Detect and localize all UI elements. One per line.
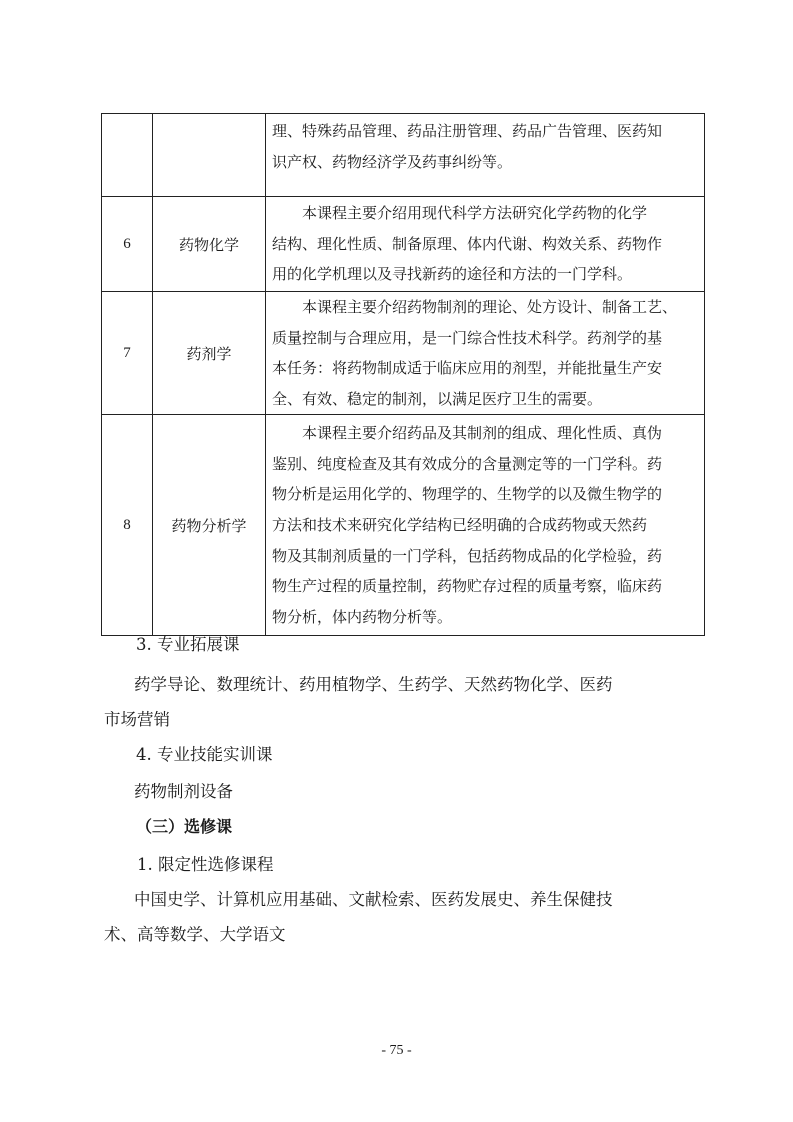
desc-line: 结构、理化性质、制备原理、体内代谢、构效关系、药物作 bbox=[272, 235, 662, 253]
course-description: 本课程主要介绍药物制剂的理论、处方设计、制备工艺、质量控制与合理应用，是一门综合… bbox=[266, 292, 705, 415]
section-heading-limited-electives: 1. 限定性选修课程 bbox=[137, 855, 274, 875]
course-description: 理、特殊药品管理、药品注册管理、药品广告管理、医药知识产权、药物经济学及药事纠纷… bbox=[266, 114, 705, 197]
paragraph-limited-electives-cont: 术、高等数学、大学语文 bbox=[104, 925, 286, 945]
section-heading-skill-training: 4. 专业技能实训课 bbox=[136, 745, 273, 765]
course-number: 6 bbox=[102, 197, 153, 292]
desc-line: 全、有效、稳定的制剂，以满足医疗卫生的需要。 bbox=[272, 390, 602, 408]
course-name: 药剂学 bbox=[153, 292, 266, 415]
page-number: - 75 - bbox=[0, 1043, 793, 1059]
course-name bbox=[153, 114, 266, 197]
desc-line: 识产权、药物经济学及药事纠纷等。 bbox=[272, 153, 512, 171]
desc-line: 鉴别、纯度检查及其有效成分的含量测定等的一门学科。药 bbox=[272, 455, 662, 473]
section-heading-electives: （三）选修课 bbox=[136, 817, 232, 837]
course-description: 本课程主要介绍药品及其制剂的组成、理化性质、真伪鉴别、纯度检查及其有效成分的含量… bbox=[266, 415, 705, 636]
course-number: 7 bbox=[102, 292, 153, 415]
paragraph-extension-courses: 药学导论、数理统计、药用植物学、生药学、天然药物化学、医药 bbox=[134, 675, 613, 695]
desc-line: 物生产过程的质量控制，药物贮存过程的质量考察，临床药 bbox=[272, 577, 662, 595]
desc-line: 质量控制与合理应用，是一门综合性技术科学。药剂学的基 bbox=[272, 329, 662, 347]
paragraph-skill-training: 药物制剂设备 bbox=[134, 782, 233, 802]
document-page: 理、特殊药品管理、药品注册管理、药品广告管理、医药知识产权、药物经济学及药事纠纷… bbox=[0, 0, 793, 1122]
course-description: 本课程主要介绍用现代科学方法研究化学药物的化学结构、理化性质、制备原理、体内代谢… bbox=[266, 197, 705, 292]
table-row: 8 药物分析学 本课程主要介绍药品及其制剂的组成、理化性质、真伪鉴别、纯度检查及… bbox=[102, 415, 705, 636]
paragraph-limited-electives: 中国史学、计算机应用基础、文献检索、医药发展史、养生保健技 bbox=[134, 890, 613, 910]
paragraph-extension-courses-cont: 市场营销 bbox=[104, 710, 170, 730]
section-heading-extension-courses: 3. 专业拓展课 bbox=[136, 635, 240, 655]
desc-line: 本任务：将药物制成适于临床应用的剂型，并能批量生产安 bbox=[272, 359, 662, 377]
desc-line: 物及其制剂质量的一门学科，包括药物成品的化学检验，药 bbox=[272, 547, 662, 565]
desc-line: 方法和技术来研究化学结构已经明确的合成药物或天然药 bbox=[272, 516, 647, 534]
desc-line: 用的化学机理以及寻找新药的途径和方法的一门学科。 bbox=[272, 265, 632, 283]
course-name: 药物化学 bbox=[153, 197, 266, 292]
desc-line: 物分析，体内药物分析等。 bbox=[272, 608, 452, 626]
desc-line: 本课程主要介绍药物制剂的理论、处方设计、制备工艺、 bbox=[302, 298, 677, 316]
table-row: 理、特殊药品管理、药品注册管理、药品广告管理、医药知识产权、药物经济学及药事纠纷… bbox=[102, 114, 705, 197]
course-name: 药物分析学 bbox=[153, 415, 266, 636]
course-number bbox=[102, 114, 153, 197]
table-row: 6 药物化学 本课程主要介绍用现代科学方法研究化学药物的化学结构、理化性质、制备… bbox=[102, 197, 705, 292]
table-row: 7 药剂学 本课程主要介绍药物制剂的理论、处方设计、制备工艺、质量控制与合理应用… bbox=[102, 292, 705, 415]
desc-line: 本课程主要介绍药品及其制剂的组成、理化性质、真伪 bbox=[302, 424, 662, 442]
desc-line: 理、特殊药品管理、药品注册管理、药品广告管理、医药知 bbox=[272, 122, 662, 140]
desc-line: 物分析是运用化学的、物理学的、生物学的以及微生物学的 bbox=[272, 485, 662, 503]
course-number: 8 bbox=[102, 415, 153, 636]
desc-line: 本课程主要介绍用现代科学方法研究化学药物的化学 bbox=[302, 204, 647, 222]
course-table: 理、特殊药品管理、药品注册管理、药品广告管理、医药知识产权、药物经济学及药事纠纷… bbox=[101, 113, 705, 636]
